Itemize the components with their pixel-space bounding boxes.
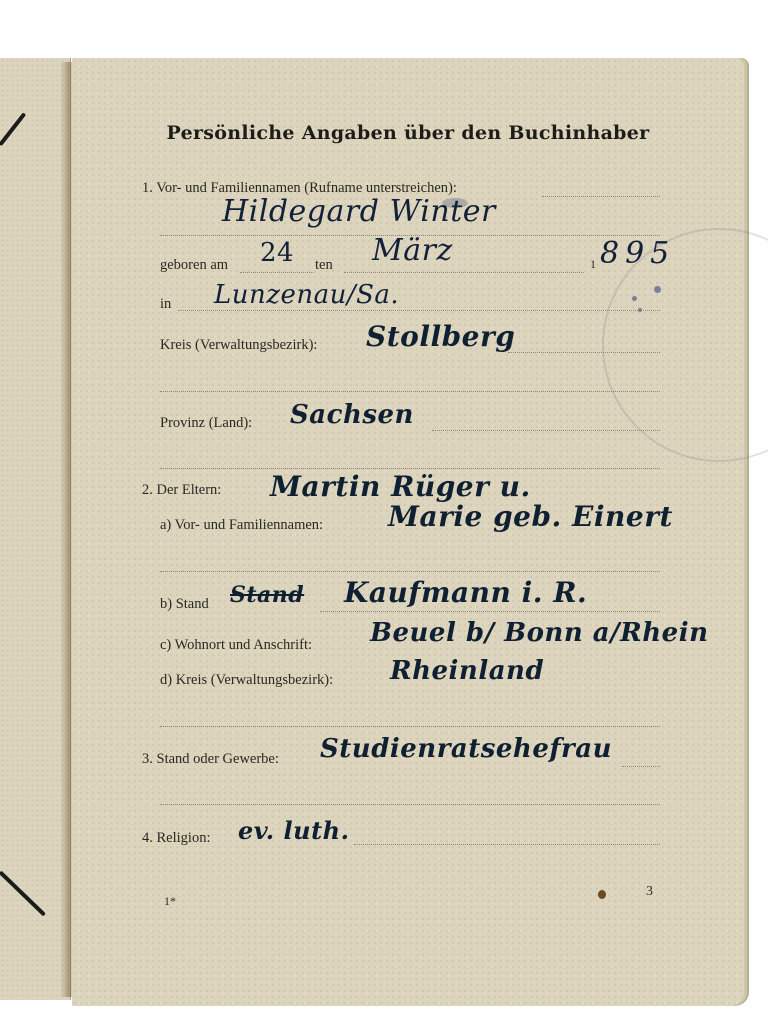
province-label: Provinz (Land): [160, 415, 252, 432]
dotted-line [622, 766, 660, 767]
birth-year-prefix: 1 [590, 257, 596, 272]
religion-label: 4. Religion: [142, 830, 210, 847]
district-value: Stollberg [366, 320, 515, 353]
dotted-line [160, 571, 660, 572]
dotted-line [178, 310, 660, 311]
occupation-value: Studienratsehefrau [320, 734, 612, 764]
birthplace-value: Lunzenau/Sa. [214, 280, 399, 310]
page-title: Persönliche Angaben über den Buchinhaber [72, 122, 744, 144]
parents-residence-value: Beuel b/ Bonn a/Rhein [370, 618, 708, 648]
dotted-line [160, 804, 660, 805]
right-page: Persönliche Angaben über den Buchinhaber… [72, 58, 744, 1006]
dotted-line [508, 352, 660, 353]
district-label: Kreis (Verwaltungsbezirk): [160, 337, 317, 354]
birth-month: März [372, 233, 453, 268]
stamp-ink [654, 286, 661, 293]
birth-day: 24 [260, 238, 294, 268]
dotted-line [354, 844, 660, 845]
dotted-line [160, 391, 660, 392]
parents-status-value: Kaufmann i. R. [344, 576, 587, 609]
parents-line1-value: Martin Rüger u. [270, 470, 531, 503]
pen-stroke-mark [0, 871, 46, 917]
dotted-line [432, 430, 660, 431]
foxing-spot [598, 890, 606, 899]
parents-status-struck: Stand [230, 582, 304, 608]
names-value: Hildegard Winter [222, 194, 496, 229]
birth-ten-label: ten [315, 257, 333, 274]
parents-residence-label: c) Wohnort und Anschrift: [160, 637, 312, 654]
birth-year: 895 [600, 236, 675, 271]
religion-value: ev. luth. [238, 816, 349, 845]
dotted-line [160, 726, 660, 727]
parents-status-label: b) Stand [160, 596, 209, 613]
stamp-ink [632, 296, 637, 301]
province-value: Sachsen [290, 400, 414, 430]
parents-label: 2. Der Eltern: [142, 482, 221, 499]
parents-names-value: Marie geb. Einert [388, 500, 673, 533]
parents-names-label: a) Vor- und Familiennamen: [160, 517, 323, 534]
parents-district-label: d) Kreis (Verwaltungsbezirk): [160, 672, 333, 689]
birth-label: geboren am [160, 257, 228, 274]
dotted-line [320, 611, 660, 612]
dotted-line [344, 272, 584, 273]
dotted-line [240, 272, 314, 273]
parents-district-value: Rheinland [390, 656, 544, 686]
dotted-line [542, 196, 660, 197]
signature-mark: 1* [164, 894, 176, 909]
dotted-line [160, 468, 660, 469]
occupation-label: 3. Stand oder Gewerbe: [142, 751, 279, 768]
pen-stroke-mark [0, 112, 26, 146]
birthplace-label: in [160, 296, 171, 313]
page-number: 3 [646, 884, 653, 900]
